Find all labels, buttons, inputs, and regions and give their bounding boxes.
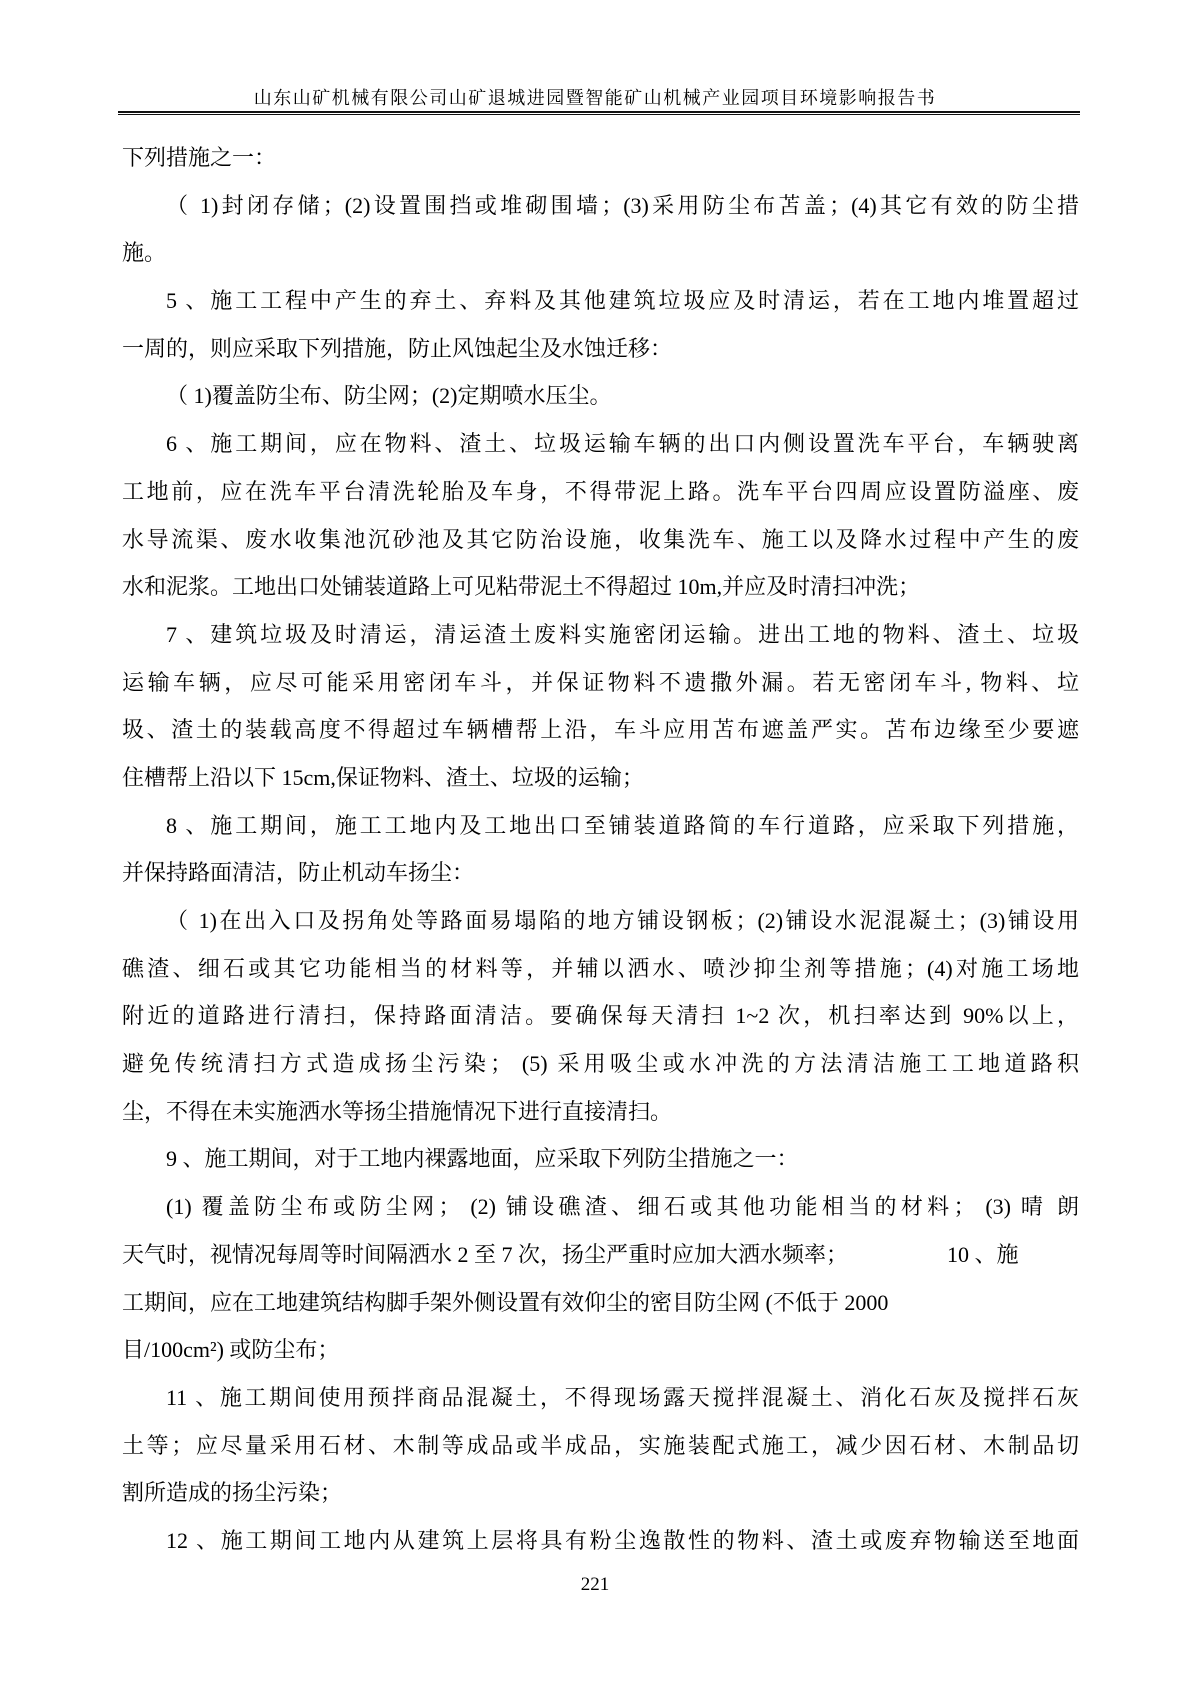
text-line: 工地前，应在洗车平台清洗轮胎及车身，不得带泥上路。洗车平台四周应设置防溢座、废 — [122, 468, 1079, 516]
text-line: 8 、施工期间，施工工地内及工地出口至铺装道路简的车行道路，应采取下列措施， — [122, 802, 1079, 850]
text-line: （ 1)封闭存储；(2)设置围挡或堆砌围墙；(3)采用防尘布苫盖；(4)其它有效… — [122, 182, 1079, 230]
text-line: (1) 覆盖防尘布或防尘网； (2) 铺设礁渣、细石或其他功能相当的材料； (3… — [122, 1183, 1079, 1231]
text-line: （ 1)覆盖防尘布、防尘网；(2)定期喷水压尘。 — [122, 372, 1079, 420]
text-line: 运输车辆，应尽可能采用密闭车斗，并保证物料不遗撒外漏。若无密闭车斗, 物料、垃 — [122, 659, 1079, 707]
text-line: 施。 — [122, 229, 1079, 277]
text-line: 水和泥浆。工地出口处铺装道路上可见粘带泥土不得超过 10m,并应及时清扫冲洗； — [122, 563, 1079, 611]
text-line: 工期间，应在工地建筑结构脚手架外侧设置有效仰尘的密目防尘网 (不低于 2000 — [122, 1279, 1079, 1327]
report-header-title: 山东山矿机械有限公司山矿退城进园暨智能矿山机械产业园项目环境影响报告书 — [0, 84, 1190, 110]
text-line: 11 、施工期间使用预拌商品混凝土，不得现场露天搅拌混凝土、消化石灰及搅拌石灰 — [122, 1374, 1079, 1422]
text-line: 9 、施工期间，对于工地内裸露地面，应采取下列防尘措施之一： — [122, 1135, 1079, 1183]
text-line: 一周的，则应采取下列措施，防止风蚀起尘及水蚀迁移： — [122, 325, 1079, 373]
text-line: 礁渣、细石或其它功能相当的材料等，并辅以洒水、喷沙抑尘剂等措施；(4)对施工场地 — [122, 945, 1079, 993]
text-line: 水导流渠、废水收集池沉砂池及其它防治设施，收集洗车、施工以及降水过程中产生的废 — [122, 516, 1079, 564]
text-line: 6 、施工期间，应在物料、渣土、垃圾运输车辆的出口内侧设置洗车平台，车辆驶离 — [122, 420, 1079, 468]
text-line: 5 、施工工程中产生的弃土、弃料及其他建筑垃圾应及时清运，若在工地内堆置超过 — [122, 277, 1079, 325]
text-line: 土等；应尽量采用石材、木制等成品或半成品，实施装配式施工，减少因石材、木制品切 — [122, 1422, 1079, 1470]
page-number: 221 — [0, 1572, 1190, 1598]
document-body: 下列措施之一：（ 1)封闭存储；(2)设置围挡或堆砌围墙；(3)采用防尘布苫盖；… — [122, 134, 1079, 1565]
document-page: 山东山矿机械有限公司山矿退城进园暨智能矿山机械产业园项目环境影响报告书 下列措施… — [0, 0, 1190, 1683]
text-line: 圾、渣土的装载高度不得超过车辆槽帮上沿，车斗应用苫布遮盖严实。苫布边缘至少要遮 — [122, 706, 1079, 754]
text-line: 尘，不得在未实施洒水等扬尘措施情况下进行直接清扫。 — [122, 1088, 1079, 1136]
text-line: 7 、建筑垃圾及时清运，清运渣土废料实施密闭运输。进出工地的物料、渣土、垃圾 — [122, 611, 1079, 659]
text-line: 并保持路面清洁，防止机动车扬尘： — [122, 849, 1079, 897]
text-line: 割所造成的扬尘污染； — [122, 1469, 1079, 1517]
text-line: 住槽帮上沿以下 15cm,保证物料、渣土、垃圾的运输； — [122, 754, 1079, 802]
text-line: 天气时，视情况每周等时间隔洒水 2 至 7 次，扬尘严重时应加大洒水频率； 10… — [122, 1231, 1079, 1279]
text-line: 目/100cm²) 或防尘布； — [122, 1326, 1079, 1374]
text-line: 附近的道路进行清扫，保持路面清洁。要确保每天清扫 1~2 次，机扫率达到 90%… — [122, 992, 1079, 1040]
text-line: 避免传统清扫方式造成扬尘污染； (5) 采用吸尘或水冲洗的方法清洁施工工地道路积 — [122, 1040, 1079, 1088]
text-line: 12 、施工期间工地内从建筑上层将具有粉尘逸散性的物料、渣土或废弃物输送至地面 — [122, 1517, 1079, 1565]
text-line: （ 1)在出入口及拐角处等路面易塌陷的地方铺设钢板；(2)铺设水泥混凝土；(3)… — [122, 897, 1079, 945]
header-rule-divider — [118, 111, 1080, 115]
text-line: 下列措施之一： — [122, 134, 1079, 182]
